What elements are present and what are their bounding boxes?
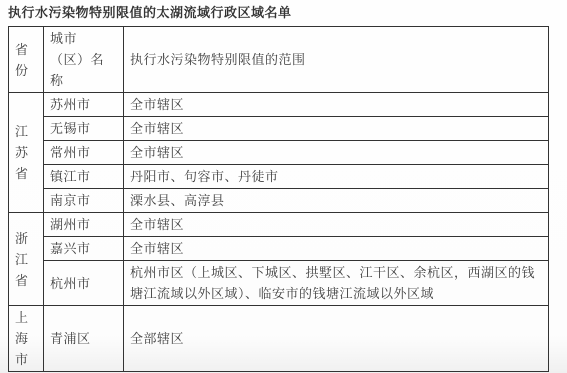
table-row: 上海 市 青浦区 全部辖区	[9, 306, 549, 372]
province-cell-zhejiang: 浙江 省	[9, 213, 44, 306]
province-label-line: 江苏	[15, 121, 37, 163]
scope-cell: 全部辖区	[124, 306, 549, 372]
table-row: 杭州市 杭州市区（上城区、下城区、拱墅区、江干区、余杭区，西湖区的钱塘江流域以外…	[9, 261, 549, 306]
table-row: 南京市 溧水县、高淳县	[9, 189, 549, 213]
table-row: 镇江市 丹阳市、句容市、丹徒市	[9, 165, 549, 189]
province-label-line: 省	[15, 163, 37, 184]
city-cell: 无锡市	[44, 117, 124, 141]
header-city-cell: 城市 （区）名 称	[44, 27, 124, 93]
header-province-cell: 省份	[9, 27, 44, 93]
page-title: 执行水污染物特别限值的太湖流域行政区域名单	[8, 5, 567, 21]
province-label-line: 市	[15, 349, 37, 370]
scope-cell: 全市辖区	[124, 141, 549, 165]
scope-cell: 全市辖区	[124, 117, 549, 141]
table-row: 浙江 省 湖州市 全市辖区	[9, 213, 549, 237]
regions-table: 省份 城市 （区）名 称 执行水污染物特别限值的范围 江苏 省 苏州市 全市辖区…	[8, 26, 549, 372]
city-cell: 杭州市	[44, 261, 124, 306]
scope-cell: 全市辖区	[124, 237, 549, 261]
table-row: 常州市 全市辖区	[9, 141, 549, 165]
header-city-line-3: 称	[50, 70, 117, 91]
city-cell: 南京市	[44, 189, 124, 213]
province-cell-shanghai: 上海 市	[9, 306, 44, 372]
header-province-label: 省份	[15, 42, 29, 78]
province-label-line: 省	[15, 270, 37, 291]
city-cell: 苏州市	[44, 93, 124, 117]
city-cell: 湖州市	[44, 213, 124, 237]
city-cell: 嘉兴市	[44, 237, 124, 261]
table-row: 嘉兴市 全市辖区	[9, 237, 549, 261]
city-cell: 青浦区	[44, 306, 124, 372]
scope-cell: 杭州市区（上城区、下城区、拱墅区、江干区、余杭区，西湖区的钱塘江流域以外区域）、…	[124, 261, 549, 306]
scope-cell: 丹阳市、句容市、丹徒市	[124, 165, 549, 189]
province-label-line: 浙江	[15, 228, 37, 270]
scope-cell: 全市辖区	[124, 93, 549, 117]
province-cell-jiangsu: 江苏 省	[9, 93, 44, 213]
header-scope-cell: 执行水污染物特别限值的范围	[124, 27, 549, 93]
scope-cell: 溧水县、高淳县	[124, 189, 549, 213]
header-city-line-2: （区）名	[50, 49, 117, 70]
table-row: 江苏 省 苏州市 全市辖区	[9, 93, 549, 117]
table-row: 无锡市 全市辖区	[9, 117, 549, 141]
city-cell: 镇江市	[44, 165, 124, 189]
city-cell: 常州市	[44, 141, 124, 165]
header-scope-label: 执行水污染物特别限值的范围	[130, 52, 306, 67]
province-label-line: 上海	[15, 307, 37, 349]
scope-cell: 全市辖区	[124, 213, 549, 237]
header-row: 省份 城市 （区）名 称 执行水污染物特别限值的范围	[9, 27, 549, 93]
document: 执行水污染物特别限值的太湖流域行政区域名单 省份 城市 （区）名 称 执行水污染…	[0, 0, 567, 372]
header-city-line-1: 城市	[50, 28, 117, 49]
